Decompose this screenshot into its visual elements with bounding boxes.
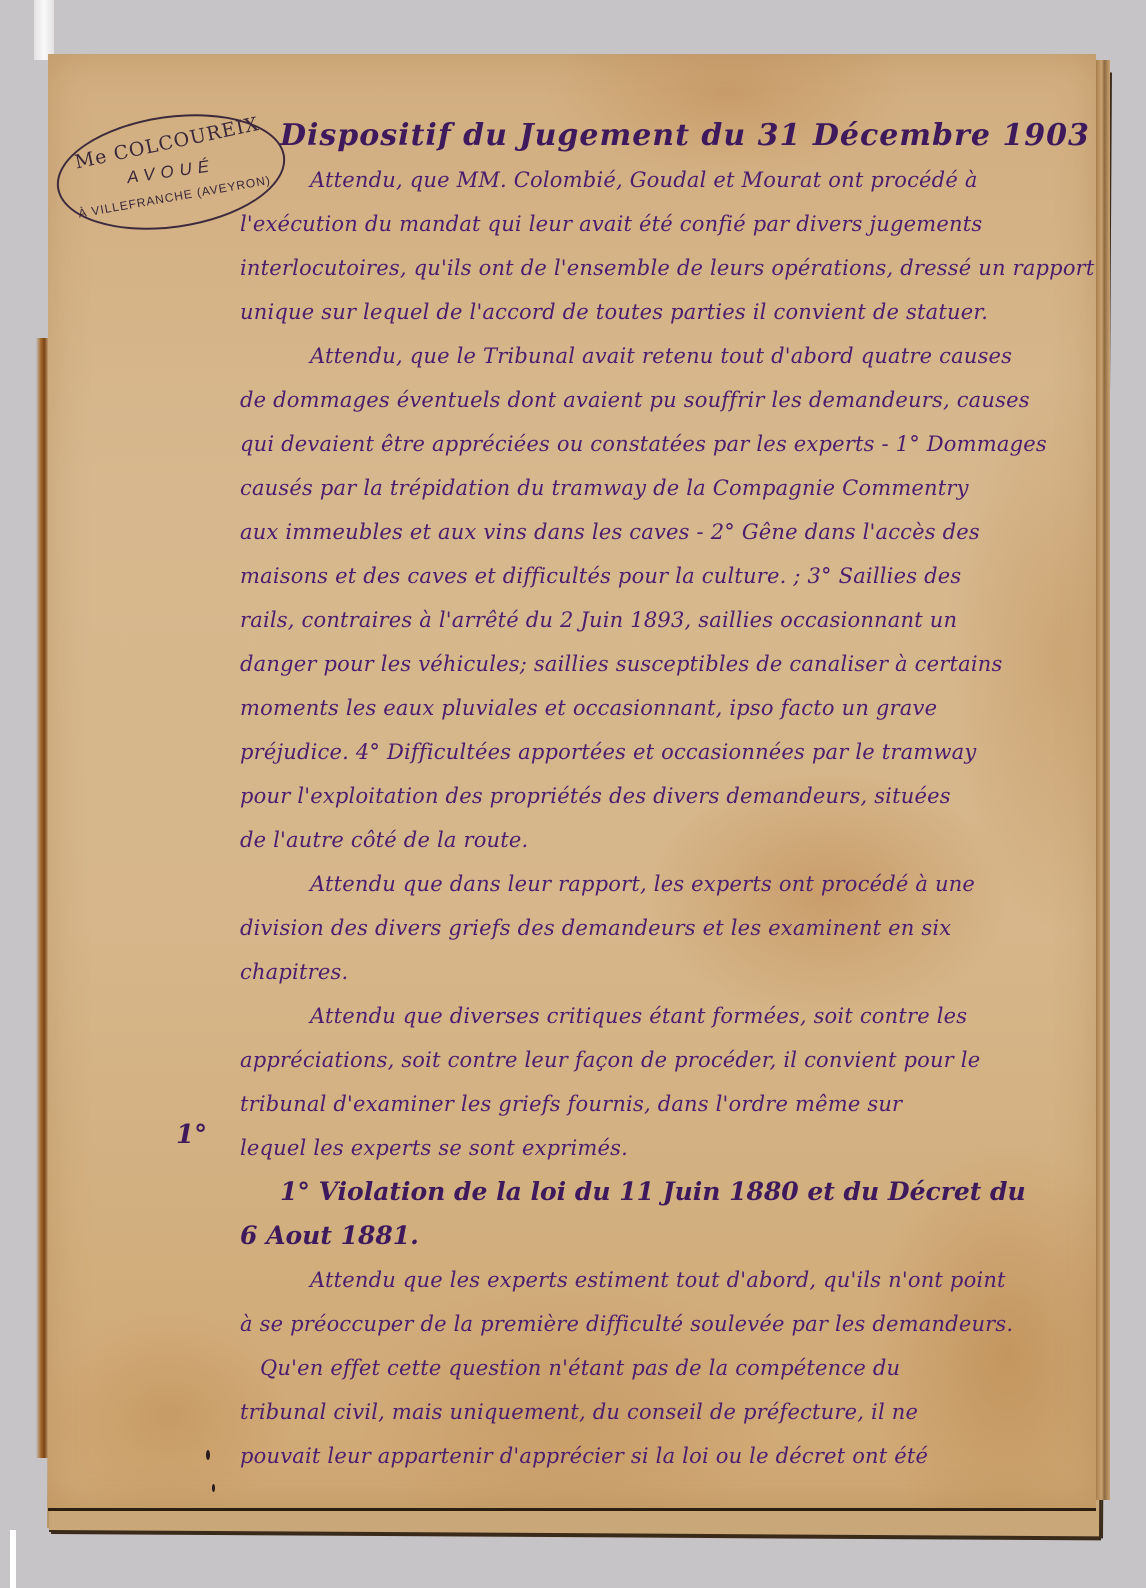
manuscript-line: causés par la trépidation du tramway de … xyxy=(240,466,1070,510)
ink-speck xyxy=(206,1450,210,1460)
paragraph-block-2: Attendu que les experts estiment tout d'… xyxy=(240,1258,1070,1478)
manuscript-line: Attendu, que le Tribunal avait retenu to… xyxy=(240,334,1070,378)
manuscript-line: de dommages éventuels dont avaient pu so… xyxy=(240,378,1070,422)
manuscript-line: Attendu, que MM. Colombié, Goudal et Mou… xyxy=(240,158,1070,202)
manuscript-page: Me COLCOUREIX AVOUÉ À VILLEFRANCHE (AVEY… xyxy=(48,54,1096,1511)
manuscript-line: chapitres. xyxy=(240,950,1070,994)
manuscript-line: aux immeubles et aux vins dans les caves… xyxy=(240,510,1070,554)
manuscript-line: qui devaient être appréciées ou constaté… xyxy=(240,422,1070,466)
manuscript-line: lequel les experts se sont exprimés. xyxy=(240,1126,1070,1170)
manuscript-line: Qu'en effet cette question n'étant pas d… xyxy=(240,1346,1070,1390)
document-title: Dispositif du Jugement du 31 Décembre 19… xyxy=(280,114,1070,158)
manuscript-line: tribunal civil, mais uniquement, du cons… xyxy=(240,1390,1070,1434)
manuscript-line: moments les eaux pluviales et occasionna… xyxy=(240,686,1070,730)
manuscript-line: préjudice. 4° Difficultées apportées et … xyxy=(240,730,1070,774)
scan-artifact-bottom xyxy=(10,1530,16,1588)
manuscript-line: pour l'exploitation des propriétés des d… xyxy=(240,774,1070,818)
manuscript-line: de l'autre côté de la route. xyxy=(240,818,1070,862)
section-heading-line-2: 6 Aout 1881. xyxy=(240,1214,1070,1258)
manuscript-line: interlocutoires, qu'ils ont de l'ensembl… xyxy=(240,246,1070,290)
ink-speck xyxy=(212,1484,215,1492)
manuscript-line: rails, contraires à l'arrêté du 2 Juin 1… xyxy=(240,598,1070,642)
manuscript-line: tribunal d'examiner les griefs fournis, … xyxy=(240,1082,1070,1126)
margin-note: 1° xyxy=(176,1120,207,1150)
page-edges xyxy=(1096,60,1110,1500)
manuscript-line: pouvait leur appartenir d'apprécier si l… xyxy=(240,1434,1070,1478)
manuscript-line: unique sur lequel de l'accord de toutes … xyxy=(240,290,1070,334)
manuscript-line: appréciations, soit contre leur façon de… xyxy=(240,1038,1070,1082)
manuscript-line: danger pour les véhicules; saillies susc… xyxy=(240,642,1070,686)
scan-artifact-top xyxy=(34,0,54,60)
manuscript-line: division des divers griefs des demandeur… xyxy=(240,906,1070,950)
manuscript-line: Attendu que diverses critiques étant for… xyxy=(240,994,1070,1038)
manuscript-line: Attendu que les experts estiment tout d'… xyxy=(240,1258,1070,1302)
paragraph-block-1: Attendu, que MM. Colombié, Goudal et Mou… xyxy=(240,158,1070,1170)
manuscript-line: à se préoccuper de la première difficult… xyxy=(240,1302,1070,1346)
manuscript-text: Dispositif du Jugement du 31 Décembre 19… xyxy=(240,114,1070,1478)
section-heading-line-1: 1° Violation de la loi du 11 Juin 1880 e… xyxy=(240,1170,1070,1214)
manuscript-line: maisons et des caves et difficultés pour… xyxy=(240,554,1070,598)
manuscript-line: l'exécution du mandat qui leur avait été… xyxy=(240,202,1070,246)
manuscript-line: Attendu que dans leur rapport, les exper… xyxy=(240,862,1070,906)
thread-binding xyxy=(36,338,48,1458)
